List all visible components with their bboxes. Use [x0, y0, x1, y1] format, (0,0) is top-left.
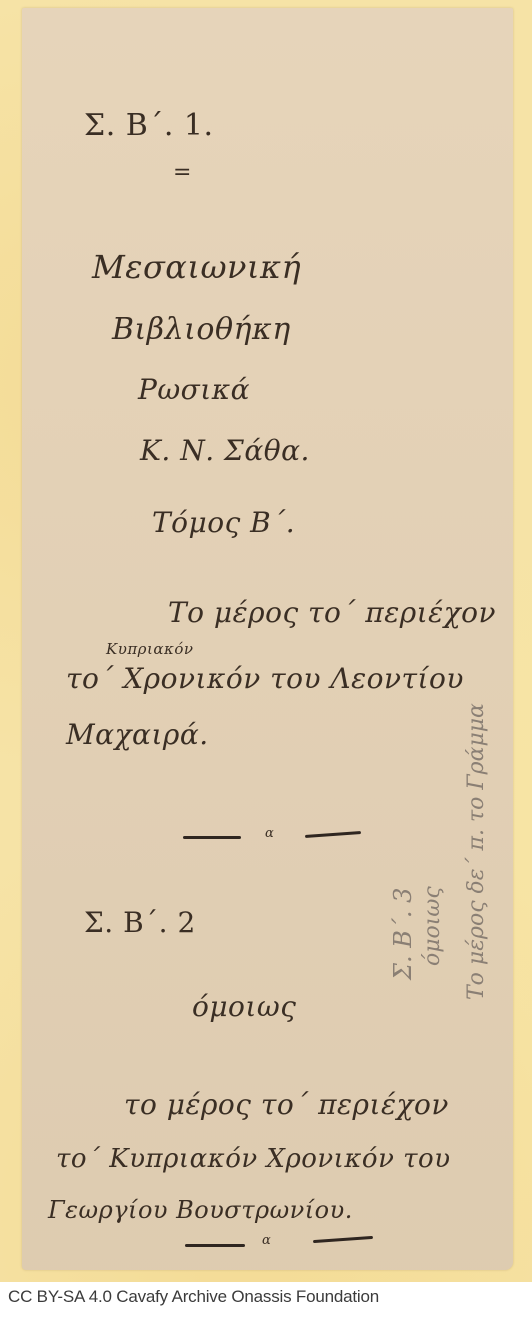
manuscript-sheet — [22, 8, 513, 1270]
section2-subheading: όμοιως — [192, 990, 296, 1023]
section1-heading: Σ. Β΄. 1. — [84, 108, 214, 143]
section1-divider-left — [183, 836, 241, 839]
margin-note-line-3: Το μέρος δε΄ π. το Γράμμα — [464, 703, 489, 1000]
margin-note-line-2: όμοιως — [420, 886, 445, 966]
section1-paragraph-line-1: Το μέρος το΄ περιέχον — [168, 596, 496, 629]
section2-paragraph-line-2: το΄ Κυπριακόν Χρονικόν του — [56, 1144, 451, 1174]
section1-line-2: Βιβλιοθήκη — [112, 312, 291, 347]
section1-line-1: Μεσαιωνική — [92, 248, 301, 286]
section1-line-3: Ρωσικά — [138, 373, 250, 406]
section2-heading: Σ. Β΄. 2 — [84, 906, 196, 939]
section2-paragraph-line-1: το μέρος το΄ περιέχον — [124, 1088, 449, 1121]
section1-line-4: Κ. Ν. Σάθα. — [140, 434, 310, 467]
section2-paragraph-line-3: Γεωργίου Βουστρωνίου. — [48, 1196, 353, 1224]
section1-paragraph-line-2: το΄ Χρονικόν του Λεοντίου — [66, 662, 464, 695]
section2-divider-mark: α — [262, 1233, 271, 1248]
section1-paragraph-line-3: Μαχαιρά. — [66, 718, 209, 751]
section1-insertion: Κυπριακόν — [106, 640, 194, 658]
section2-divider-left — [185, 1244, 245, 1247]
margin-note-line-1: Σ. Β΄. 3 — [389, 888, 417, 980]
section1-line-5: Τόμος Β΄. — [152, 506, 295, 539]
section1-divider-mark: α — [265, 826, 274, 841]
section1-separator: = — [173, 160, 192, 185]
license-caption: CC BY-SA 4.0 Cavafy Archive Onassis Foun… — [8, 1287, 379, 1307]
